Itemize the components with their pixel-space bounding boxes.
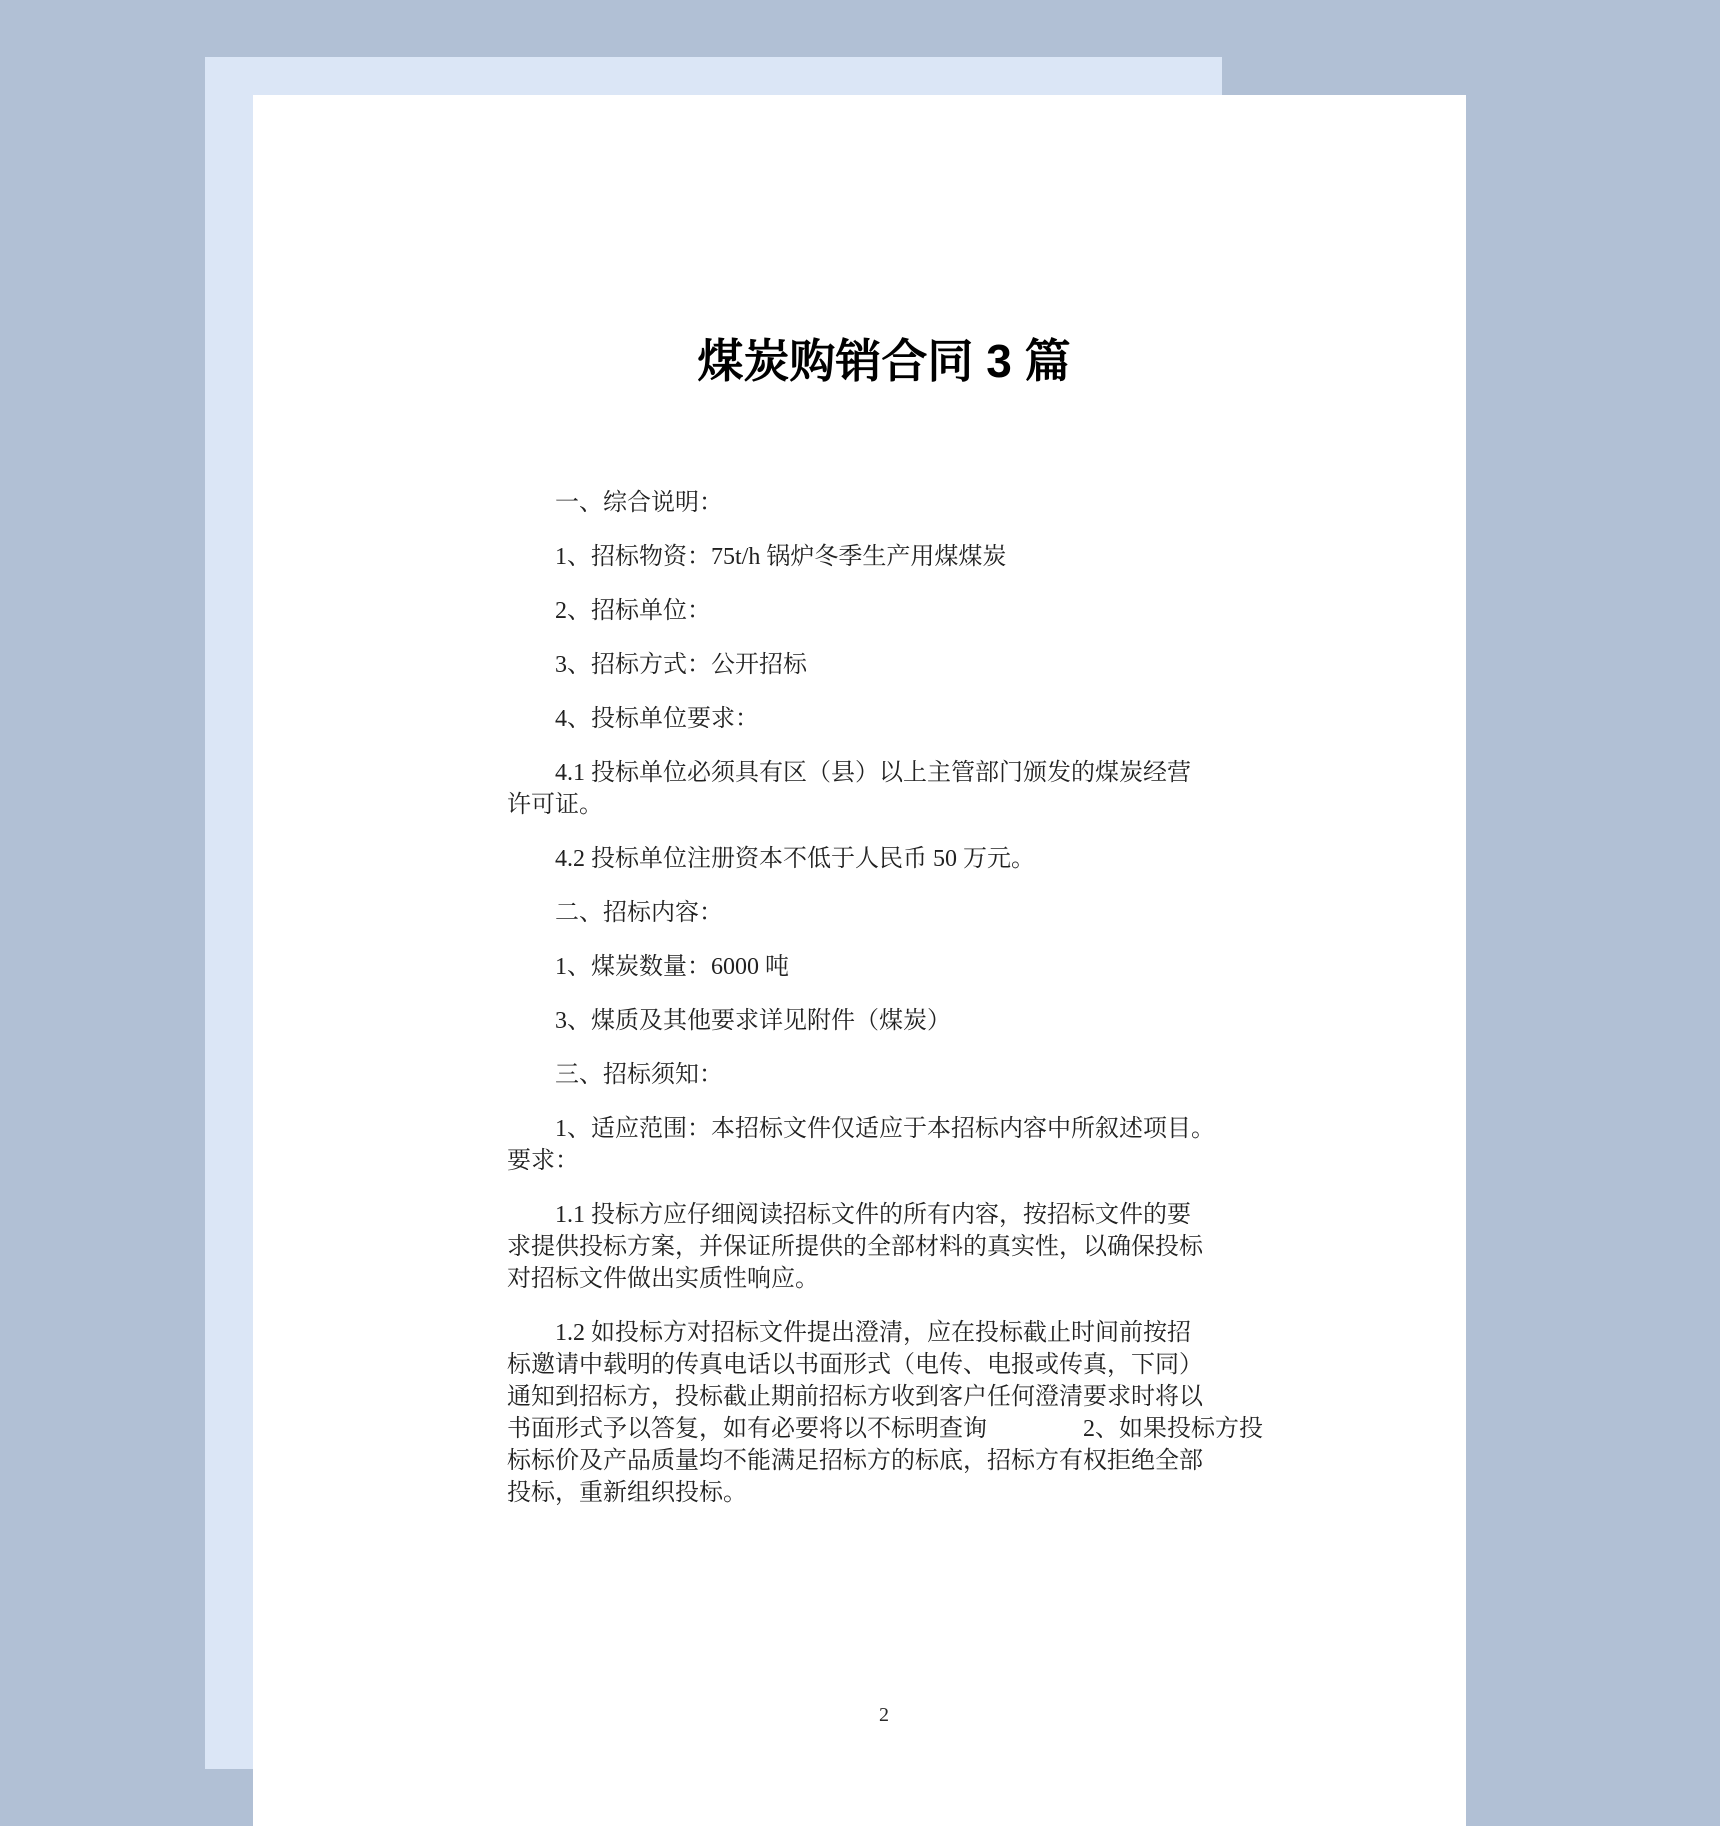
paragraph: 2、招标单位： [507,595,1261,627]
text-line: 4.2 投标单位注册资本不低于人民币 50 万元。 [507,843,1261,875]
paragraph: 一、综合说明： [507,487,1261,519]
text-line: 一、综合说明： [507,487,1261,519]
text-line: 1.2 如投标方对招标文件提出澄清，应在投标截止时间前按招 [507,1317,1261,1349]
text-line: 对招标文件做出实质性响应。 [507,1263,1261,1295]
text-line: 通知到招标方，投标截止期前招标方收到客户任何澄清要求时将以 [507,1381,1261,1413]
document-page: 煤炭购销合同 3 篇 一、综合说明：1、招标物资：75t/h 锅炉冬季生产用煤煤… [253,95,1466,1826]
paragraph: 1、适应范围：本招标文件仅适应于本招标内容中所叙述项目。要求： [507,1113,1261,1177]
desktop-background: 煤炭购销合同 3 篇 一、综合说明：1、招标物资：75t/h 锅炉冬季生产用煤煤… [0,0,1720,1826]
text-line: 标标价及产品质量均不能满足招标方的标底，招标方有权拒绝全部 [507,1445,1261,1477]
document-title: 煤炭购销合同 3 篇 [507,335,1261,387]
text-line: 1.1 投标方应仔细阅读招标文件的所有内容，按招标文件的要 [507,1199,1261,1231]
paragraph: 1、煤炭数量：6000 吨 [507,951,1261,983]
text-line: 1、招标物资：75t/h 锅炉冬季生产用煤煤炭 [507,541,1261,573]
paragraph: 三、招标须知： [507,1059,1261,1091]
text-line: 3、煤质及其他要求详见附件（煤炭） [507,1005,1261,1037]
text-line: 许可证。 [507,789,1261,821]
paragraph: 1.2 如投标方对招标文件提出澄清，应在投标截止时间前按招标邀请中载明的传真电话… [507,1317,1261,1509]
paragraph: 1.1 投标方应仔细阅读招标文件的所有内容，按招标文件的要求提供投标方案，并保证… [507,1199,1261,1295]
text-line: 4、投标单位要求： [507,703,1261,735]
text-line: 标邀请中载明的传真电话以书面形式（电传、电报或传真，下同） [507,1349,1261,1381]
text-line: 要求： [507,1145,1261,1177]
document-body: 一、综合说明：1、招标物资：75t/h 锅炉冬季生产用煤煤炭2、招标单位：3、招… [507,487,1261,1509]
paragraph: 4.2 投标单位注册资本不低于人民币 50 万元。 [507,843,1261,875]
paragraph: 1、招标物资：75t/h 锅炉冬季生产用煤煤炭 [507,541,1261,573]
text-line: 投标，重新组织投标。 [507,1477,1261,1509]
text-line: 3、招标方式：公开招标 [507,649,1261,681]
paragraph: 4.1 投标单位必须具有区（县）以上主管部门颁发的煤炭经营许可证。 [507,757,1261,821]
text-line: 求提供投标方案，并保证所提供的全部材料的真实性，以确保投标 [507,1231,1261,1263]
text-line: 2、招标单位： [507,595,1261,627]
paragraph: 3、招标方式：公开招标 [507,649,1261,681]
text-line: 二、招标内容： [507,897,1261,929]
text-line: 1、适应范围：本招标文件仅适应于本招标内容中所叙述项目。 [507,1113,1261,1145]
text-line: 1、煤炭数量：6000 吨 [507,951,1261,983]
text-line: 书面形式予以答复，如有必要将以不标明查询 2、如果投标方投 [507,1413,1261,1445]
paragraph: 4、投标单位要求： [507,703,1261,735]
text-line: 三、招标须知： [507,1059,1261,1091]
page-number: 2 [507,1703,1261,1727]
paragraph: 3、煤质及其他要求详见附件（煤炭） [507,1005,1261,1037]
text-line: 4.1 投标单位必须具有区（县）以上主管部门颁发的煤炭经营 [507,757,1261,789]
paragraph: 二、招标内容： [507,897,1261,929]
